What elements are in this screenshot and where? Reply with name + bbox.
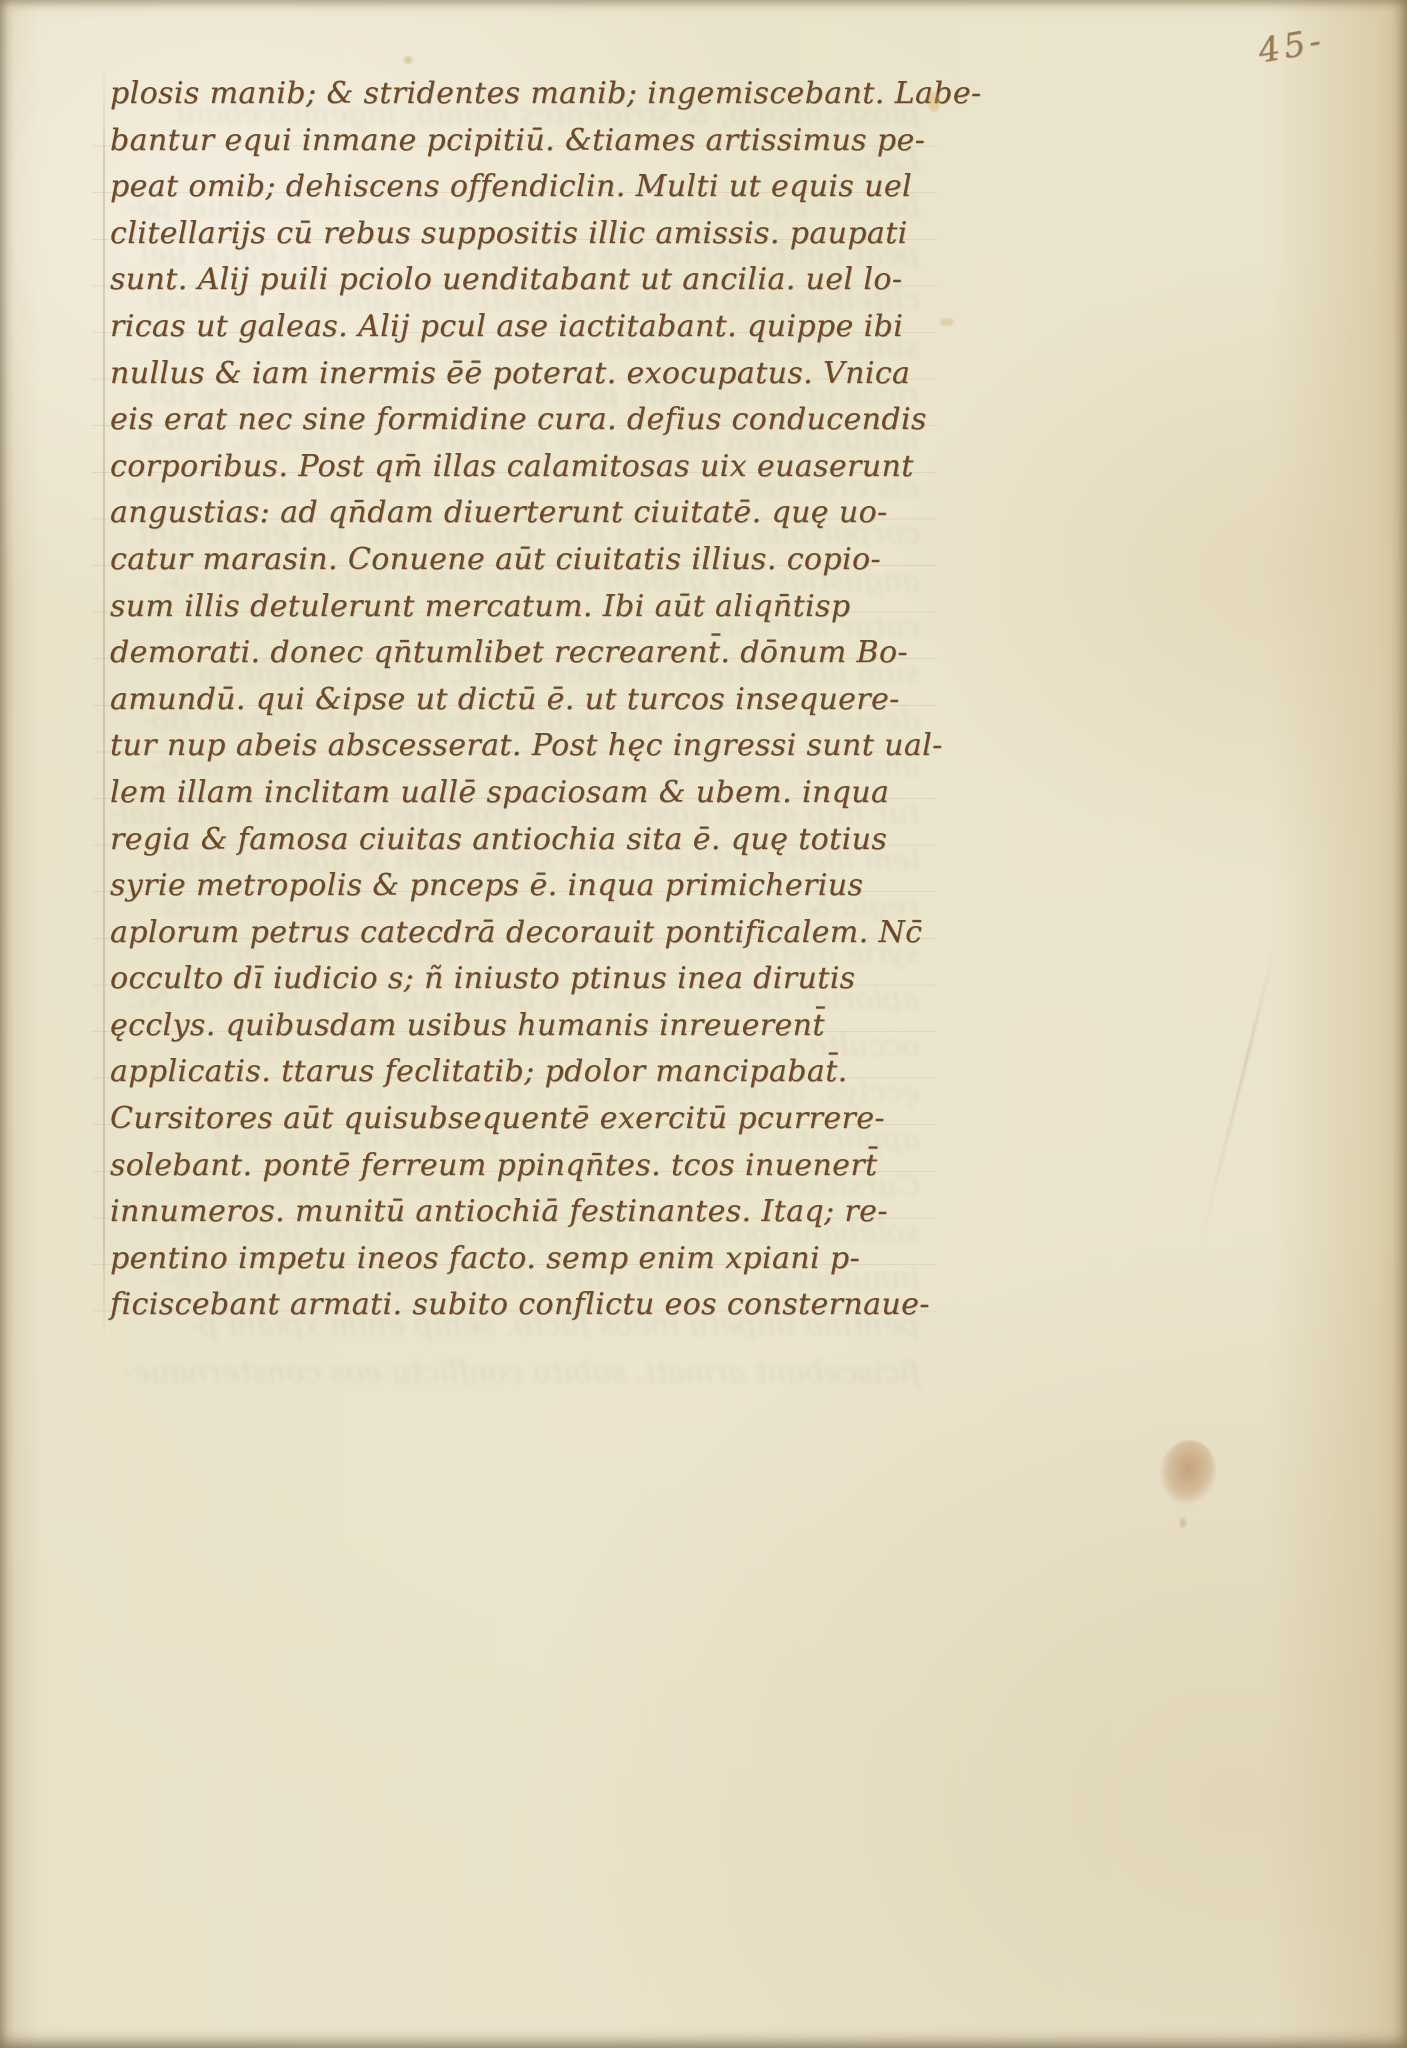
manuscript-line: peat omib; dehiscens offendiclin. Multi …: [110, 164, 940, 211]
manuscript-page: plosis manib; & stridentes manib; ingemi…: [0, 0, 1407, 2048]
manuscript-line: amundū. qui &ipse ut dictū ē. ut turcos …: [110, 677, 940, 724]
manuscript-line: tur nup abeis abscesserat. Post hęc ingr…: [110, 723, 940, 770]
manuscript-line: demorati. donec qn̄tumlibet recrearent̄.…: [110, 630, 940, 677]
manuscript-line: syrie metropolis & pnceps ē. inqua primi…: [110, 863, 940, 910]
manuscript-line: pentino impetu ineos facto. semp enim xp…: [110, 1236, 940, 1283]
parchment-crease: [1199, 935, 1278, 1246]
manuscript-line: corporibus. Post qm̄ illas calamitosas u…: [110, 444, 940, 491]
manuscript-line: ricas ut galeas. Alij pcul ase iactitaba…: [110, 304, 940, 351]
manuscript-line: occulto dī iudicio s; ñ iniusto ptinus i…: [110, 956, 940, 1003]
parchment-stain-drop: [1178, 1516, 1188, 1530]
text-block: plosis manib; & stridentes manib; ingemi…: [110, 71, 940, 1329]
manuscript-line: bantur equi inmane pcipitiū. &tiames art…: [110, 118, 940, 165]
manuscript-line: plosis manib; & stridentes manib; ingemi…: [110, 71, 940, 118]
manuscript-line: lem illam inclitam uallē spaciosam & ube…: [110, 770, 940, 817]
manuscript-line: sum illis detulerunt mercatum. Ibi aūt a…: [110, 584, 940, 631]
manuscript-line: angustias: ad qn̄dam diuerterunt ciuitat…: [110, 490, 940, 537]
manuscript-line: ęcclys. quibusdam usibus humanis inreuer…: [110, 1003, 940, 1050]
manuscript-line: nullus & iam inermis ēē poterat. exocupa…: [110, 351, 940, 398]
margin-ruling-line: [103, 62, 105, 1347]
manuscript-line: catur marasin. Conuene aūt ciuitatis ill…: [110, 537, 940, 584]
manuscript-line: innumeros. munitū antiochiā festinantes.…: [110, 1189, 940, 1236]
manuscript-line: Cursitores aūt quisubsequentē exercitū p…: [110, 1096, 940, 1143]
manuscript-line: clitellarijs cū rebus suppositis illic a…: [110, 211, 940, 258]
manuscript-line: regia & famosa ciuitas antiochia sita ē.…: [110, 817, 940, 864]
manuscript-line: ficiscebant armati. subito conflictu eos…: [110, 1282, 940, 1329]
folio-number: 45-: [1255, 21, 1328, 72]
parchment-stain: [1154, 1435, 1222, 1509]
manuscript-line: eis erat nec sine formidine cura. defius…: [110, 397, 940, 444]
manuscript-line: solebant. pontē ferreum ppinqn̄tes. tcos…: [110, 1143, 940, 1190]
parchment-speck: [404, 56, 412, 64]
manuscript-line: sunt. Alij puili pciolo uenditabant ut a…: [110, 257, 940, 304]
manuscript-line: applicatis. ttarus feclitatib; pdolor ma…: [110, 1049, 940, 1096]
parchment-speck: [940, 318, 954, 326]
manuscript-line: aplorum petrus catecdrā decorauit pontif…: [110, 910, 940, 957]
